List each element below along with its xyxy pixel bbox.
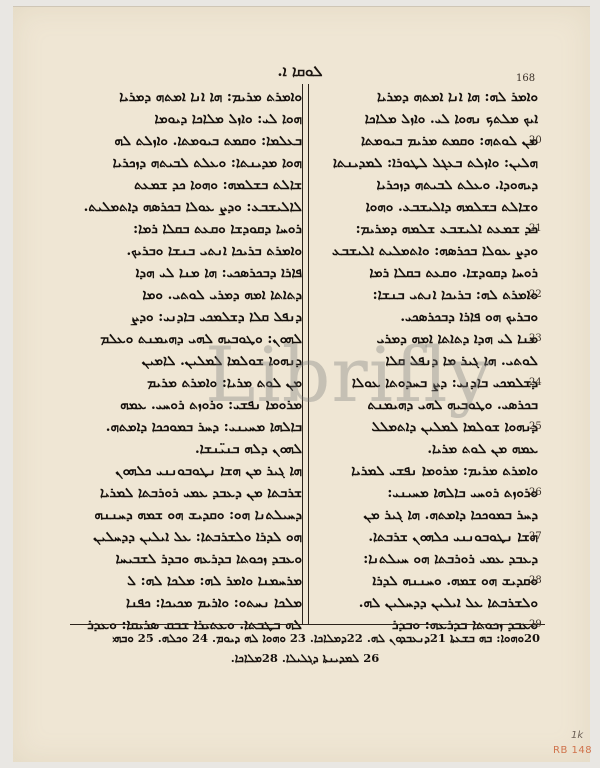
footnote-rule [70, 624, 545, 625]
text-line: ܒܥܠܡܐ: ܘܩܡܬ ܒܝܘܡܬܐ. ܘܐܙܠܬ ܠܗ [70, 130, 302, 152]
text-line: ܘܩܕܝܫ ܗܘ ܫܡܗ. ܘܚܢܢܗ ܠܕܪܐ [306, 570, 538, 592]
text-line: ܠܗܘܢ ܕܠܗ ܒܢܝ̈ܢܫܐ. [70, 438, 302, 460]
footnote-line: 20ܘܗܘܐ: ܒܗ ܒܫܥܬܐ 21ܕܢܥܒܕܘܢ ܠܗ. 22ܕܡܠܐܟܐ.… [70, 628, 540, 648]
shelfmark-note: RB 148 [553, 745, 592, 756]
verse-number: 23 [529, 333, 542, 344]
text-line: ܕܚܪ ܒܡܘܟܟܐ ܕܐܡܬܗ. ܗܐ ܓܝܪ ܡܢ [306, 504, 538, 526]
right-text-column: ܘܐܡܪ ܠܗ: ܗܐ ܐܢܐ ܐܡܬܗ ܕܡܪܝܐܐܝܟ ܡܠܬܟ ܢܗܘܐ … [306, 86, 538, 636]
footnote-line: 26 ܠܡܕܝܢܬܐ ܕܓܠܝܠܐ. 28ܡܠܐܟܐ. [70, 648, 540, 668]
text-line: ܘܕܨ ܥܘܠܐ ܒܟܪܣܗ: ܘܐܬܡܠܝܬ ܐܠܝܫܒܥ [306, 240, 538, 262]
text-line: ܡܢ ܠܘܬ ܡܪܝܐ: ܘܐܡܪܬ ܡܪܝܡ [70, 372, 302, 394]
text-line: ܗܐ ܓܝܪ ܡܢ ܗܫܐ ܢܛܘܒܘܢܢܝ ܟܠܗܘܢ [70, 460, 302, 482]
text-line: ܡܪܚܡܢܐ ܘܐܡܪ ܠܗ: ܡܠܟܐ ܠܗ: ܠ [70, 570, 302, 592]
text-line: ܘܥܒܕ ܙܟܘܬܐ ܒܕܪܥܗ ܘܒܕܪ ܠܫܒܝܚܐ [70, 548, 302, 570]
verse-number: 26 [529, 487, 542, 498]
text-line: ܕܝܗܘܕܐ. ܘܥܠܬ ܠܒܝܬܗ ܕܙܟܪܝܐ [306, 174, 538, 196]
text-line: ܒܟܪܣܝ. ܘܛܘܒܝܗ ܠܗܝ ܕܗܝܡܢܬ [306, 394, 538, 416]
handwritten-note: 1k [571, 730, 583, 741]
text-line: ܘܫܐܠܬ ܒܫܠܡܗ ܕܐܠܝܫܒܥ. ܘܗܘܐ [306, 196, 538, 218]
verse-number: 25 [529, 421, 542, 432]
text-line: ܘܒܪܝܟ ܗܘ ܦܐܪܐ ܕܒܟܪܣܟܝ. [306, 306, 538, 328]
running-head: ܠܘܩܐ ܐ. [240, 62, 360, 80]
left-text-column: ܘܐܡܪܬ ܡܪܝܡ: ܗܐ ܐܢܐ ܐܡܬܗ ܕܡܪܝܐܗܘܐ ܠܝ: ܘܐܙ… [70, 86, 302, 636]
text-line: ܫܪܒܬܐ ܡܢ ܕܥܒܕ ܥܡܝ ܪܘܪܒܬܐ ܠܡܪܝܐ [70, 482, 302, 504]
text-line: ܡܢ ܠܘܬܗ: ܘܩܡܬ ܡܪܝܡ ܒܝܘܡܬܐ [306, 130, 538, 152]
text-line: ܘܠܫܪܒܬܐ ܥܠ ܐܝܠܝܢ ܕܕܚܠܝܢ ܠܗ. [306, 592, 538, 614]
text-line: ܕܫܠܡܟܝ ܒܐܕܢܝ: ܕܨ ܒܚܕܘܬܐ ܥܘܠܐ [306, 372, 538, 394]
text-line: ܕܢܗܘܐ ܫܘܠܡܐ ܠܡܠܝܢ ܕܐܬܡܠܠ [306, 416, 538, 438]
text-line: ܟܕ ܫܡܥܬ ܐܠܝܫܒܥ ܫܠܡܗ ܕܡܪܝܡ: [306, 218, 538, 240]
page-number: 168 [516, 73, 535, 84]
text-line: ܪܘܚܐ ܕܩܘܕܫܐ ܘܩܥܬ ܒܩܠܐ ܪܡܐ: [70, 218, 302, 240]
verse-number: 22 [529, 289, 542, 300]
verse-number: 20 [529, 135, 542, 146]
text-line: ܥܡܗ ܡܢ ܠܘܬ ܡܪܝܐ. [306, 438, 538, 460]
text-line: ܠܗܘܢ: ܘܛܘܒܝܗ ܠܗܝ ܕܗܝܡܢܬ ܘܥܠܡ [70, 328, 302, 350]
text-line: ܘܐܡܪܬ ܒܪܝܟܐ ܐܢܬܝ ܒܢܫܐ ܘܒܪܝܟ. [70, 240, 302, 262]
verse-number: 24 [529, 377, 542, 388]
column-divider [302, 84, 309, 624]
text-line: ܡܢܐ ܠܝ ܗܕܐ ܕܬܐܬܐ ܐܡܗ ܕܡܪܝ [306, 328, 538, 350]
text-line: ܘܐܡܪܬ ܠܗ: ܒܪܝܟܐ ܐܢܬܝ ܒܢܫܐ: [306, 284, 538, 306]
text-line: ܠܘܬܝ. ܗܐ ܓܝܪ ܡܐ ܕܢܦܠ ܩܠܐ [306, 350, 538, 372]
verse-number: 21 [529, 223, 542, 234]
text-line: ܗܠܝܢ: ܘܐܙܠܬ ܒܥܓܠ ܠܛܘܪܐ: ܠܡܕܝܢܬܐ [306, 152, 538, 174]
text-line: ܕܥܒܕ ܥܡܝ ܪܘܪܒܬܐ ܗܘ ܚܝܠܬܢܐ: [306, 548, 538, 570]
text-line: ܡܠܟܐ ܢܚܬܘ: ܘܐܪܝܡ ܡܟܝܟܐ: ܟܦܢܐ [70, 592, 302, 614]
text-line: ܫܐܠܬ ܒܫܠܡܗ: ܘܗܘܐ ܟܕ ܫܡܥܬ [70, 174, 302, 196]
text-line: ܕܢܦܠ ܩܠܐ ܕܫܠܡܟܝ ܒܐܕܢܝ: ܘܕܨ [70, 306, 302, 328]
text-line: ܪܘܚܐ ܕܩܘܕܫܐ. ܘܩܥܬ ܒܩܠܐ ܪܡܐ [306, 262, 538, 284]
text-line: ܕܚܝܠܬܢܐ ܗܘ: ܘܩܕܝܫ ܗܘ ܫܡܗ ܕܚܢܢܗ [70, 504, 302, 526]
text-line: ܒܐܠܗܐ ܡܚܝܢܝ: ܕܚܪ ܒܡܘܟܟܐ ܕܐܡܬܗ. [70, 416, 302, 438]
text-line: ܗܘܐ ܠܝ: ܘܐܙܠ ܡܠܐܟܐ ܕܝܘܡܐ [70, 108, 302, 130]
text-line: ܘܐܡܪܬ ܡܪܝܡ: ܗܐ ܐܢܐ ܐܡܬܗ ܕܡܪܝܐ [70, 86, 302, 108]
text-line: ܘܐܡܪܬ ܡܪܝܡ: ܡܪܘܡܐ ܢܦܫܝ ܠܡܪܝܐ [306, 460, 538, 482]
text-line: ܗܘ ܠܕܪܐ ܘܠܫܪܒܬܐ: ܥܠ ܐܝܠܝܢ ܕܕܚܠܝܢ [70, 526, 302, 548]
text-line: ܕܢܗܘܐ ܫܘܠܡܐ ܠܡܠܝܢ. ܠܐܡܝܢ [70, 350, 302, 372]
text-line: ܗܘܐ ܡܕܝܢܬܐ: ܘܥܠܬ ܠܒܝܬܗ ܕܙܟܪܝܐ [70, 152, 302, 174]
footnotes: 20ܘܗܘܐ: ܒܗ ܒܫܥܬܐ 21ܕܢܥܒܕܘܢ ܠܗ. 22ܕܡܠܐܟܐ.… [70, 628, 540, 668]
text-line: ܕܬܐܬܐ ܐܡܗ ܕܡܪܝ ܠܘܬܝ. ܘܡܐ [70, 284, 302, 306]
text-line: ܐܝܟ ܡܠܬܟ ܢܗܘܐ ܠܝ. ܘܐܙܠ ܡܠܐܟܐ [306, 108, 538, 130]
text-line: ܘܐܡܪ ܠܗ: ܗܐ ܐܢܐ ܐܡܬܗ ܕܡܪܝܐ [306, 86, 538, 108]
text-line: ܘܪܘܙܬ ܪܘܚܝ ܒܐܠܗܐ ܡܚܝܢܝ: [306, 482, 538, 504]
text-line: ܡܪܘܡܐ ܢܦܫܝ: ܘܪܘܙܬ ܪܘܚܝ. ܥܡܗ [70, 394, 302, 416]
verse-number: 27 [529, 531, 542, 542]
verse-number: 28 [529, 575, 542, 586]
text-line: ܠܐܠܝܫܒܥ: ܘܕܨ ܥܘܠܐ ܒܟܪܣܗ ܕܐܬܡܠܝܬ. [70, 196, 302, 218]
text-line: ܦܐܪܐ ܕܒܟܪܣܟܝ: ܗܐ ܡܢܐ ܠܝ ܗܕܐ [70, 262, 302, 284]
text-line: ܗܫܐ ܢܛܘܒܘܢܢܝ ܟܠܗܘܢ ܫܪܒܬܐ. [306, 526, 538, 548]
